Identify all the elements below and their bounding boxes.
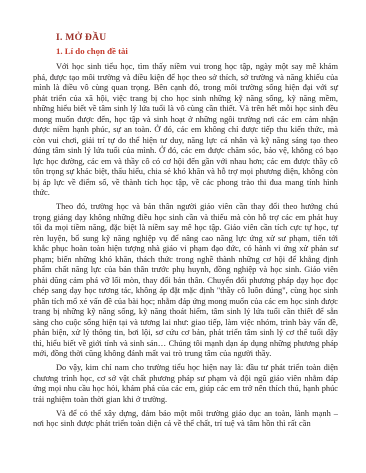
body-text: Với học sinh tiểu học, tìm thấy niềm vui… (33, 62, 338, 430)
paragraph-4: Và để có thể xây dựng, đảm bảo một môi t… (33, 409, 338, 430)
subsection-heading: 1. Lí do chọn đề tài (56, 46, 338, 56)
paragraph-1: Với học sinh tiểu học, tìm thấy niềm vui… (33, 62, 338, 199)
paragraph-2: Theo đó, trường học và bản thân người gi… (33, 202, 338, 360)
document-content: I. MỞ ĐẦU 1. Lí do chọn đề tài Với học s… (33, 33, 338, 430)
document-page: I. MỞ ĐẦU 1. Lí do chọn đề tài Với học s… (0, 0, 366, 473)
section-heading: I. MỞ ĐẦU (56, 33, 338, 43)
paragraph-3: Do vậy, kim chỉ nam cho trường tiểu học … (33, 363, 338, 405)
